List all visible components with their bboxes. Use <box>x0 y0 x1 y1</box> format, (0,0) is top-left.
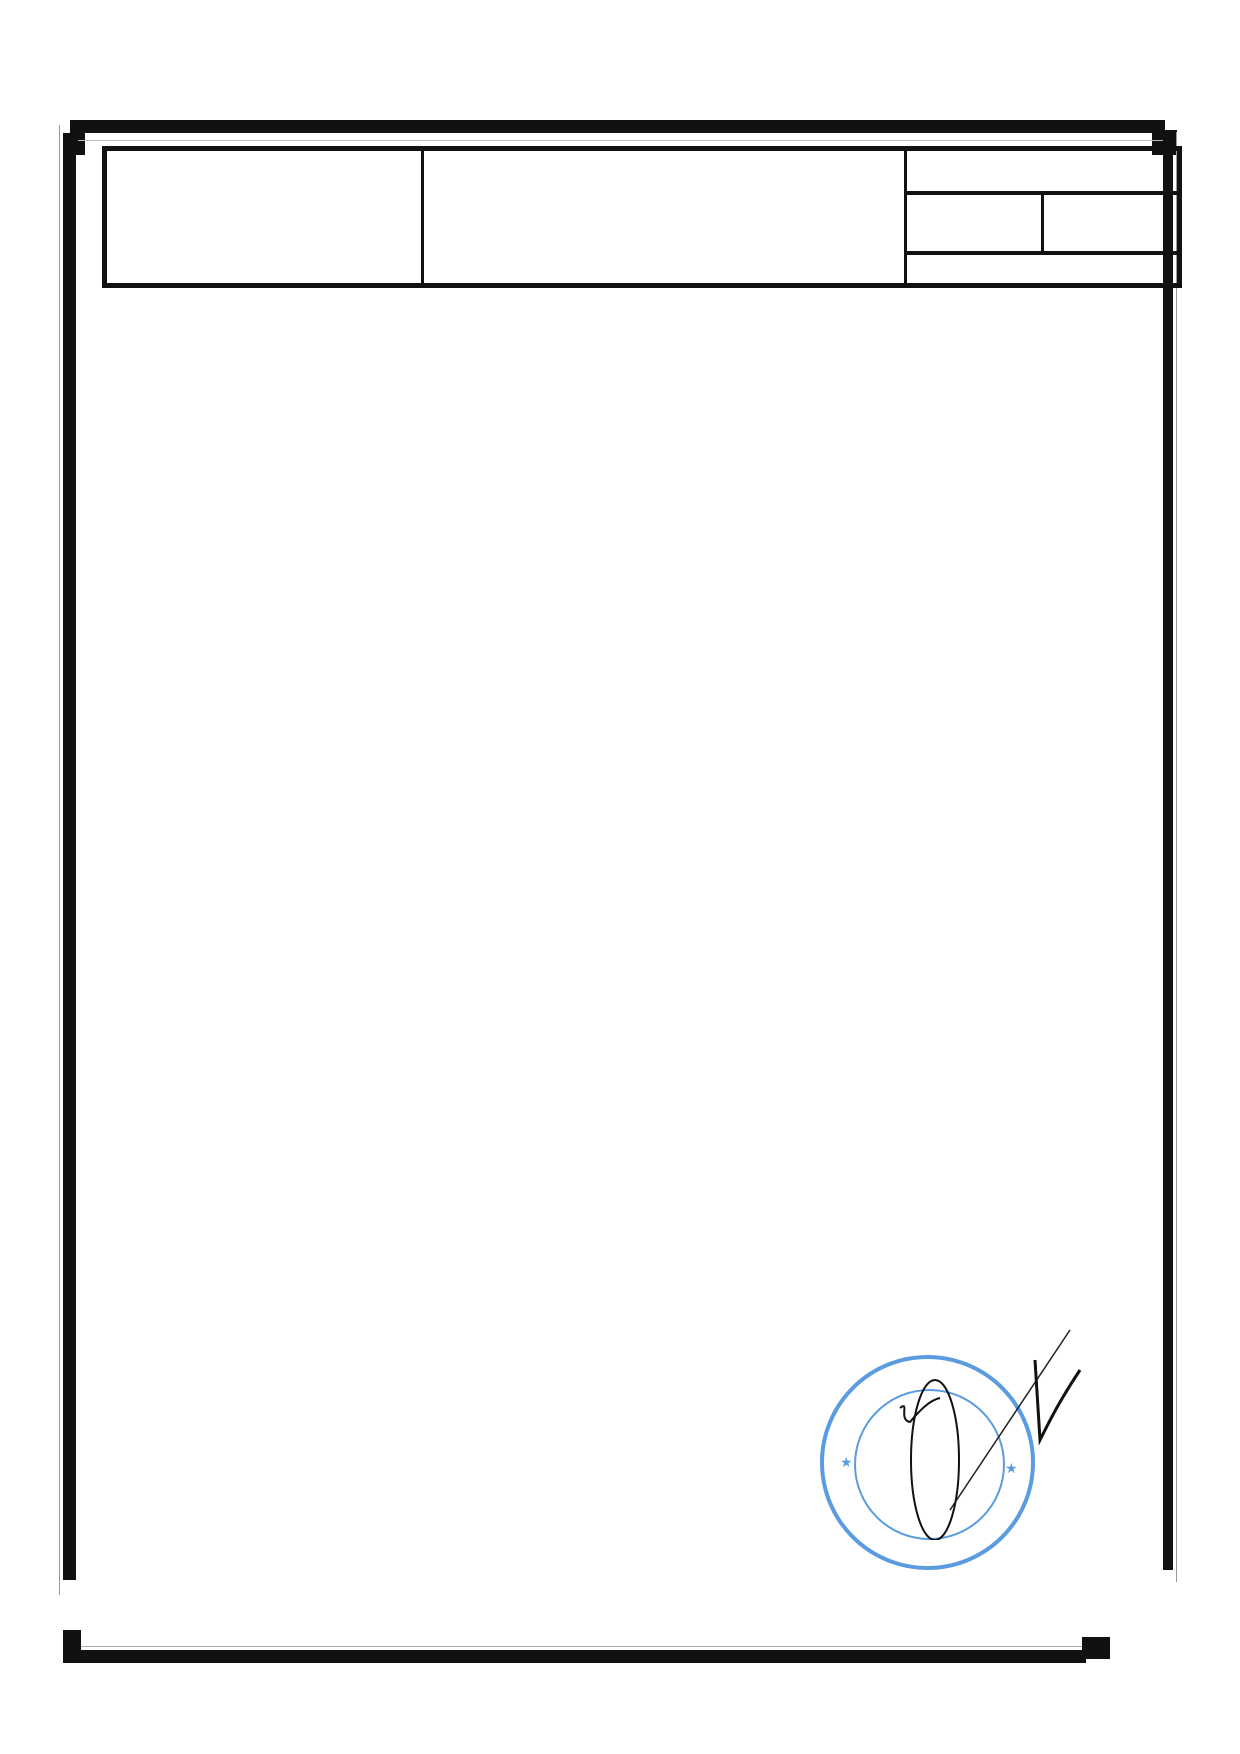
frame-line-left <box>59 125 60 1595</box>
document-title <box>424 151 907 283</box>
frame-corner-bottom-right <box>1082 1637 1110 1659</box>
signature-scribble <box>880 1290 1090 1540</box>
frame-corner-bottom-left <box>63 1630 81 1663</box>
document-meta <box>907 151 1177 283</box>
document-code <box>907 151 1177 195</box>
document-header <box>102 146 1182 288</box>
page-number <box>907 255 1177 283</box>
company-logo <box>107 151 424 283</box>
frame-border-right <box>1163 140 1173 1570</box>
frame-line-bottom <box>76 1646 1086 1647</box>
date-cell <box>1044 195 1178 251</box>
version-cell <box>907 195 1044 251</box>
frame-border-left <box>63 150 76 1580</box>
frame-line-top <box>78 140 1163 141</box>
frame-line-right <box>1176 132 1177 1582</box>
frame-border-top <box>70 120 1165 133</box>
svg-text:★: ★ <box>840 1454 853 1470</box>
frame-border-bottom <box>76 1650 1086 1663</box>
version-date-row <box>907 195 1177 255</box>
